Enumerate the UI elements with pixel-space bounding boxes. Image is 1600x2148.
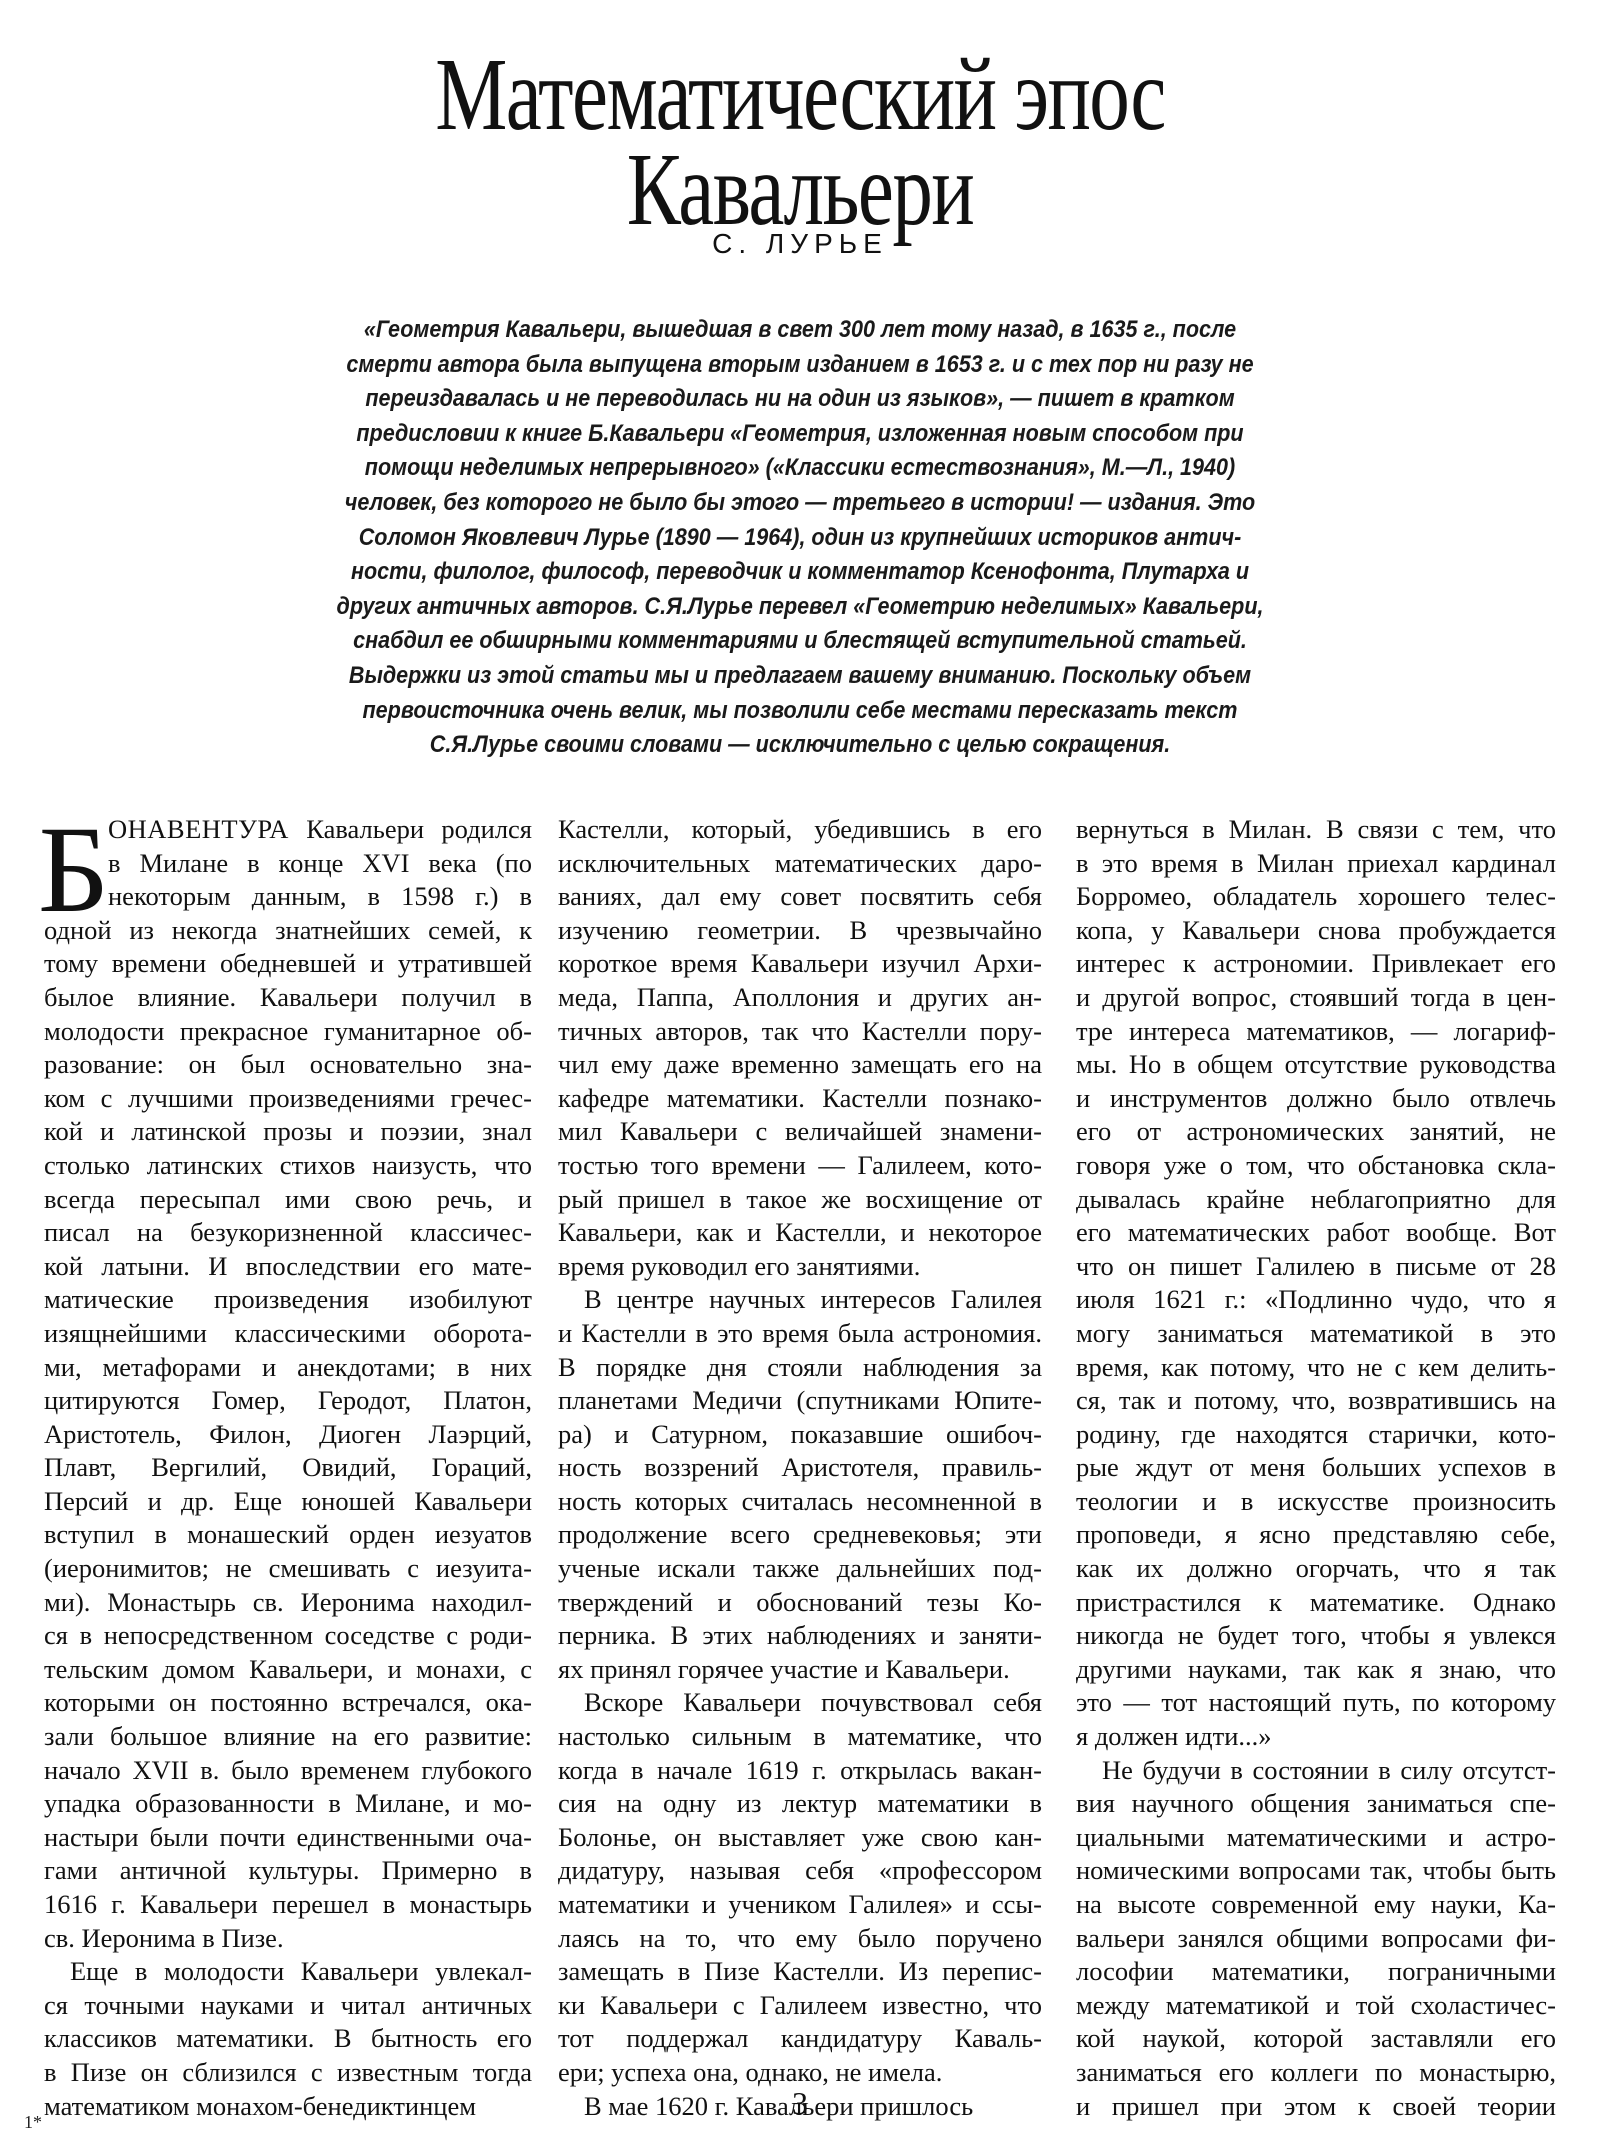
body-line: дидатуру, называя себя «профессором (558, 1854, 1042, 1888)
body-line: писал на безукоризненной классичес- (44, 1216, 532, 1250)
lead-in-smallcaps: ОНАВЕНТУРА (108, 814, 289, 844)
body-line: Персий и др. Еще юношей Кавальери (44, 1485, 532, 1519)
body-line: июля 1621 г.: «Подлинно чудо, что я (1076, 1283, 1556, 1317)
body-line: настолько сильным в математике, что (558, 1720, 1042, 1754)
body-line: вия научного общения заниматься спе- (1076, 1787, 1556, 1821)
body-line: ся в непосредственном соседстве с роди- (44, 1619, 532, 1653)
body-line: циальными математическими и астро- (1076, 1821, 1556, 1855)
body-line: всегда пересыпал ими свою речь, и (44, 1183, 532, 1217)
lead-in-rest: Кавальери родился (289, 814, 532, 844)
body-line: упадка образованности в Милане, и мо- (44, 1787, 532, 1821)
body-line: вальери занялся общими вопросами фи- (1076, 1922, 1556, 1956)
body-line: лаясь на то, что ему было поручено (558, 1922, 1042, 1956)
body-line: кафедре математики. Кастелли познако- (558, 1082, 1042, 1116)
body-line: интерес к астрономии. Привлекает его (1076, 947, 1556, 981)
body-line: ях принял горячее участие и Кавальери. (558, 1653, 1042, 1687)
body-line: ра) и Сатурном, показавшие ошибоч- (558, 1418, 1042, 1452)
body-line: когда в начале 1619 г. открылась вакан- (558, 1754, 1042, 1788)
body-line: Кастелли, который, убедившись в его (558, 813, 1042, 847)
lede-line: Соломон Яковлевич Лурье (1890 — 1964), о… (276, 521, 1323, 556)
body-line: ся точными науками и читал античных (44, 1989, 532, 2023)
body-line: его математических работ вообще. Вот (1076, 1216, 1556, 1250)
lede-line: С.Я.Лурье своими словами — исключительно… (276, 728, 1323, 763)
author-byline: С. ЛУРЬЕ (0, 228, 1600, 260)
body-line: это — тот настоящий путь, по которому (1076, 1686, 1556, 1720)
body-line: Еще в молодости Кавальери увлекал- (44, 1955, 532, 1989)
body-line: пристрастился к математике. Однако (1076, 1586, 1556, 1620)
body-line: классиков математики. В бытность его (44, 2022, 532, 2056)
body-line: Аристотель, Филон, Диоген Лаэрций, (44, 1418, 532, 1452)
body-line: разование: он был основательно зна- (44, 1048, 532, 1082)
body-line: В порядке дня стояли наблюдения за (558, 1351, 1042, 1385)
body-line: теологии и в искусстве произносить (1076, 1485, 1556, 1519)
body-line: начало XVII в. было временем глубокого (44, 1754, 532, 1788)
body-line: заниматься его коллеги по монастырю, (1076, 2056, 1556, 2090)
body-line: ки Кавальери с Галилеем известно, что (558, 1989, 1042, 2023)
body-line: Кавальери, как и Кастелли, и некоторое (558, 1216, 1042, 1250)
body-line: вступил в монашеский орден иезуатов (44, 1518, 532, 1552)
body-line: тичных авторов, так что Кастелли пору- (558, 1015, 1042, 1049)
lede-line: человек, без которого не было бы этого —… (276, 486, 1323, 521)
lede-line: снабдил ее обширными комментариями и бле… (276, 624, 1323, 659)
body-line: изучению геометрии. В чрезвычайно (558, 914, 1042, 948)
body-line: рый пришел в такое же восхищение от (558, 1183, 1042, 1217)
body-line: 1616 г. Кавальери перешел в монастырь (44, 1888, 532, 1922)
body-line: св. Иеронима в Пизе. (44, 1922, 532, 1956)
body-line: и Кастелли в это время была астрономия. (558, 1317, 1042, 1351)
body-line: столько латинских стихов наизусть, что (44, 1149, 532, 1183)
body-line: на высоте современной ему науки, Ка- (1076, 1888, 1556, 1922)
body-line: исключительных математических даро- (558, 847, 1042, 881)
body-line: настыри были почти единственными оча- (44, 1821, 532, 1855)
body-line: и другой вопрос, стоявший тогда в цен- (1076, 981, 1556, 1015)
body-line: между математикой и той схоластичес- (1076, 1989, 1556, 2023)
body-line: ученые искали также дальнейших под- (558, 1552, 1042, 1586)
body-line: ми, метафорами и анекдотами; в них (44, 1351, 532, 1385)
lede-line: переиздавалась и не переводилась ни на о… (276, 382, 1323, 417)
body-line: тот поддержал кандидатуру Каваль- (558, 2022, 1042, 2056)
lede-line: первоисточника очень велик, мы позволили… (276, 694, 1323, 729)
body-line: перника. В этих наблюдениях и заняти- (558, 1619, 1042, 1653)
body-line: вернуться в Милан. В связи с тем, что (1076, 813, 1556, 847)
body-line: в Пизе он сблизился с известным тогда (44, 2056, 532, 2090)
body-line: продолжение всего средневековья; эти (558, 1518, 1042, 1552)
body-line: ОНАВЕНТУРА Кавальери родился (44, 813, 532, 847)
body-line: Борромео, обладатель хорошего телес- (1076, 880, 1556, 914)
body-line: планетами Медичи (спутниками Юпите- (558, 1384, 1042, 1418)
body-line: родину, где находятся старички, кото- (1076, 1418, 1556, 1452)
body-line: меда, Паппа, Аполлония и других ан- (558, 981, 1042, 1015)
body-line: кой латыни. И впоследствии его мате- (44, 1250, 532, 1284)
lede-line: помощи неделимых непрерывного» («Классик… (276, 451, 1323, 486)
body-line: другими науками, так как я знаю, что (1076, 1653, 1556, 1687)
body-line: в это время в Милан приехал кардинал (1076, 847, 1556, 881)
body-line: тре интереса математиков, — логариф- (1076, 1015, 1556, 1049)
body-line: тому времени обедневшей и утратившей (44, 947, 532, 981)
body-line: кой наукой, которой заставляли его (1076, 2022, 1556, 2056)
body-line: тельским домом Кавальери, и монахи, с (44, 1653, 532, 1687)
signature-mark: 1* (24, 2112, 42, 2133)
article-title-line-1: Математический эпос (176, 45, 1424, 145)
body-line: дывалась крайне неблагоприятно для (1076, 1183, 1556, 1217)
body-line: замещать в Пизе Кастелли. Из перепис- (558, 1955, 1042, 1989)
body-line: в Милане в конце XVI века (по (44, 847, 532, 881)
lede-line: других античных авторов. С.Я.Лурье перев… (276, 590, 1323, 625)
body-line: как их должно огорчать, что я так (1076, 1552, 1556, 1586)
body-line: ность воззрений Аристотеля, правиль- (558, 1451, 1042, 1485)
body-line: Плавт, Вергилий, Овидий, Гораций, (44, 1451, 532, 1485)
body-line: В центре научных интересов Галилея (558, 1283, 1042, 1317)
body-line: Не будучи в состоянии в силу отсутст- (1076, 1754, 1556, 1788)
body-line: время руководил его занятиями. (558, 1250, 1042, 1284)
body-line: ваниях, дал ему совет посвятить себя (558, 880, 1042, 914)
body-line: изящнейшими классическими оборота- (44, 1317, 532, 1351)
body-line: математики и учеником Галилея» и ссы- (558, 1888, 1042, 1922)
body-line: и пришел при этом к своей теории (1076, 2090, 1556, 2124)
body-line: лософии математики, пограничными (1076, 1955, 1556, 1989)
lede-line: смерти автора была выпущена вторым издан… (276, 348, 1323, 383)
body-line: номическими вопросами так, чтобы быть (1076, 1854, 1556, 1888)
body-line: могу заниматься математикой в это (1076, 1317, 1556, 1351)
body-line: (иеронимитов; не смешивать с иезуита- (44, 1552, 532, 1586)
body-line: которыми он постоянно встречался, ока- (44, 1686, 532, 1720)
body-line: Болонье, он выставляет уже свою кан- (558, 1821, 1042, 1855)
body-line: никогда не будет того, чтобы я увлекся (1076, 1619, 1556, 1653)
body-line: короткое время Кавальери изучил Архи- (558, 947, 1042, 981)
body-line: кой и латинской прозы и поэзии, знал (44, 1115, 532, 1149)
body-line: тверждений и обоснований тезы Ко- (558, 1586, 1042, 1620)
body-line: былое влияние. Кавальери получил в (44, 981, 532, 1015)
body-line: математиком монахом-бенедиктинцем (44, 2090, 532, 2124)
body-line: и инструментов должно было отвлечь (1076, 1082, 1556, 1116)
body-line: время, как потому, что не с кем делить- (1076, 1351, 1556, 1385)
body-line: ность которых считалась несомненной в (558, 1485, 1042, 1519)
body-line: мил Кавальери с величайшей знамени- (558, 1115, 1042, 1149)
body-line: чил ему даже временно замещать его на (558, 1048, 1042, 1082)
body-line: ся, так и потому, что, возвратившись на (1076, 1384, 1556, 1418)
body-line: его от астрономических занятий, не (1076, 1115, 1556, 1149)
body-line: цитируются Гомер, Геродот, Платон, (44, 1384, 532, 1418)
lede-line: «Геометрия Кавальери, вышедшая в свет 30… (276, 313, 1323, 348)
body-line: мы. Но в общем отсутствие руководства (1076, 1048, 1556, 1082)
body-line: зали большое влияние на его развитие: (44, 1720, 532, 1754)
body-line: копа, у Кавальери снова пробуждается (1076, 914, 1556, 948)
body-line: говоря уже о том, что обстановка скла- (1076, 1149, 1556, 1183)
body-line: тостью того времени — Галилеем, кото- (558, 1149, 1042, 1183)
body-line: ком с лучшими произведениями гречес- (44, 1082, 532, 1116)
lede-line: ности, филолог, философ, переводчик и ко… (276, 555, 1323, 590)
body-line: ми). Монастырь св. Иеронима находил- (44, 1586, 532, 1620)
body-column-3: вернуться в Милан. В связи с тем, чтов э… (1076, 813, 1556, 2123)
body-column-2: Кастелли, который, убедившись в егоисклю… (558, 813, 1042, 2123)
page-number: 3 (780, 2085, 820, 2122)
article-title-line-2: Кавальери (176, 140, 1424, 240)
lede-paragraph: «Геометрия Кавальери, вышедшая в свет 30… (205, 313, 1395, 763)
body-line: молодости прекрасное гуманитарное об- (44, 1015, 532, 1049)
body-line: гами античной культуры. Примерно в (44, 1854, 532, 1888)
body-line: я должен идти...» (1076, 1720, 1556, 1754)
body-line: сия на одну из лектур математики в (558, 1787, 1042, 1821)
lede-line: предисловии к книге Б.Кавальери «Геометр… (276, 417, 1323, 452)
body-line: одной из некогда знатнейших семей, к (44, 914, 532, 948)
body-line: проповеди, я ясно представляю себе, (1076, 1518, 1556, 1552)
body-line: рые ждут от меня больших успехов в (1076, 1451, 1556, 1485)
body-column-1: ОНАВЕНТУРА Кавальери родилсяв Милане в к… (44, 813, 532, 2123)
body-line: Вскоре Кавальери почувствовал себя (558, 1686, 1042, 1720)
body-line: некоторым данным, в 1598 г.) в (44, 880, 532, 914)
body-line: что он пишет Галилею в письме от 28 (1076, 1250, 1556, 1284)
body-line: матические произведения изобилуют (44, 1283, 532, 1317)
lede-line: Выдержки из этой статьи мы и предлагаем … (276, 659, 1323, 694)
